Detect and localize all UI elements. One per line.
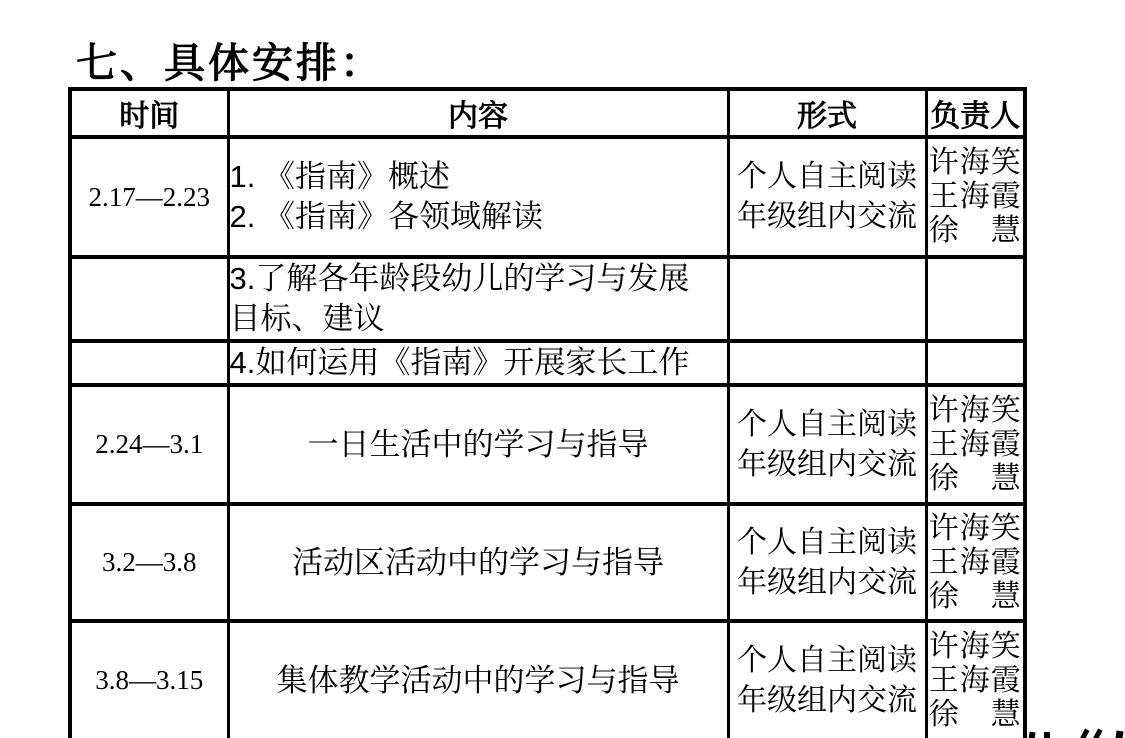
cut-off-glyph-fragment [1028,732,1035,738]
form-cell: 个人自主阅读 年级组内交流 [728,137,926,257]
cut-off-glyph-fragment [1079,729,1089,738]
content-cell: 3.了解各年龄段幼儿的学习与发展 目标、建议 [228,257,728,341]
form-cell: 个人自主阅读 年级组内交流 [728,385,926,504]
content-line: 活动区活动中的学习与指导 [230,543,727,583]
header-cell-content: 内容 [228,89,728,137]
form-line: 年级组内交流 [730,563,925,603]
table-row: 4.如何运用《指南》开展家长工作 [70,341,1025,385]
content-cell: 一日生活中的学习与指导 [228,385,728,504]
form-line: 年级组内交流 [730,197,925,237]
table-row: 2.24—3.1 一日生活中的学习与指导 个人自主阅读 年级组内交流 许海笑 王… [70,385,1025,504]
form-line: 个人自主阅读 [730,157,925,197]
leader-cell: 许海笑 王海霞 徐 慧 [926,621,1025,738]
table-row: 3.2—3.8 活动区活动中的学习与指导 个人自主阅读 年级组内交流 许海笑 王… [70,504,1025,621]
content-line: 3.了解各年龄段幼儿的学习与发展 [230,259,727,299]
form-cell: 个人自主阅读 年级组内交流 [728,621,926,738]
leader-name: 许海笑 [928,512,1024,546]
form-line: 年级组内交流 [730,681,925,721]
content-cell: 集体教学活动中的学习与指导 [228,621,728,738]
section-title: 七、具体安排： [76,30,384,89]
leader-cell: 许海笑 王海霞 徐 慧 [926,137,1025,257]
time-cell: 2.24—3.1 [70,385,228,504]
form-cell [728,257,926,341]
leader-cell: 许海笑 王海霞 徐 慧 [926,504,1025,621]
form-cell [728,341,926,385]
leader-name: 王海霞 [928,180,1024,214]
form-line: 个人自主阅读 [730,523,925,563]
cut-off-glyph-fragment [1044,732,1050,738]
leader-name: 许海笑 [928,394,1024,428]
header-cell-leader: 负责人 [926,89,1025,137]
content-line: 1. 《指南》概述 [230,157,727,197]
table-row: 3.8—3.15 集体教学活动中的学习与指导 个人自主阅读 年级组内交流 许海笑… [70,621,1025,738]
leader-cell [926,341,1025,385]
leader-name: 许海笑 [928,146,1024,180]
content-cell: 1. 《指南》概述 2. 《指南》各领域解读 [228,137,728,257]
content-cell: 活动区活动中的学习与指导 [228,504,728,621]
cut-off-glyph-fragment [1115,731,1123,738]
form-line: 个人自主阅读 [730,641,925,681]
content-line: 一日生活中的学习与指导 [230,425,727,465]
leader-name: 王海霞 [928,428,1024,462]
time-cell [70,257,228,341]
header-row: 时间 内容 形式 负责人 [70,89,1025,137]
form-cell: 个人自主阅读 年级组内交流 [728,504,926,621]
time-cell: 3.8—3.15 [70,621,228,738]
leader-name: 徐 慧 [928,580,1024,614]
form-line: 个人自主阅读 [730,405,925,445]
form-line: 年级组内交流 [730,445,925,485]
content-line: 集体教学活动中的学习与指导 [230,661,727,701]
leader-name: 王海霞 [928,546,1024,580]
table-row: 2.17—2.23 1. 《指南》概述 2. 《指南》各领域解读 个人自主阅读 … [70,137,1025,257]
leader-cell: 许海笑 王海霞 徐 慧 [926,385,1025,504]
header-cell-time: 时间 [70,89,228,137]
leader-name: 徐 慧 [928,214,1024,248]
leader-name: 王海霞 [928,664,1024,698]
leader-cell [926,257,1025,341]
leader-name: 徐 慧 [928,698,1024,732]
content-line: 目标、建议 [230,299,727,339]
leader-name: 许海笑 [928,630,1024,664]
content-line: 2. 《指南》各领域解读 [230,197,727,237]
schedule-table: 时间 内容 形式 负责人 2.17—2.23 1. 《指南》概述 2. 《指南》… [68,87,1027,738]
header-cell-form: 形式 [728,89,926,137]
time-cell: 2.17—2.23 [70,137,228,257]
content-line: 4.如何运用《指南》开展家长工作 [230,343,727,383]
time-cell [70,341,228,385]
leader-name: 徐 慧 [928,462,1024,496]
table-row: 3.了解各年龄段幼儿的学习与发展 目标、建议 [70,257,1025,341]
cut-off-glyph-fragment [1092,729,1102,738]
content-cell: 4.如何运用《指南》开展家长工作 [228,341,728,385]
time-cell: 3.2—3.8 [70,504,228,621]
